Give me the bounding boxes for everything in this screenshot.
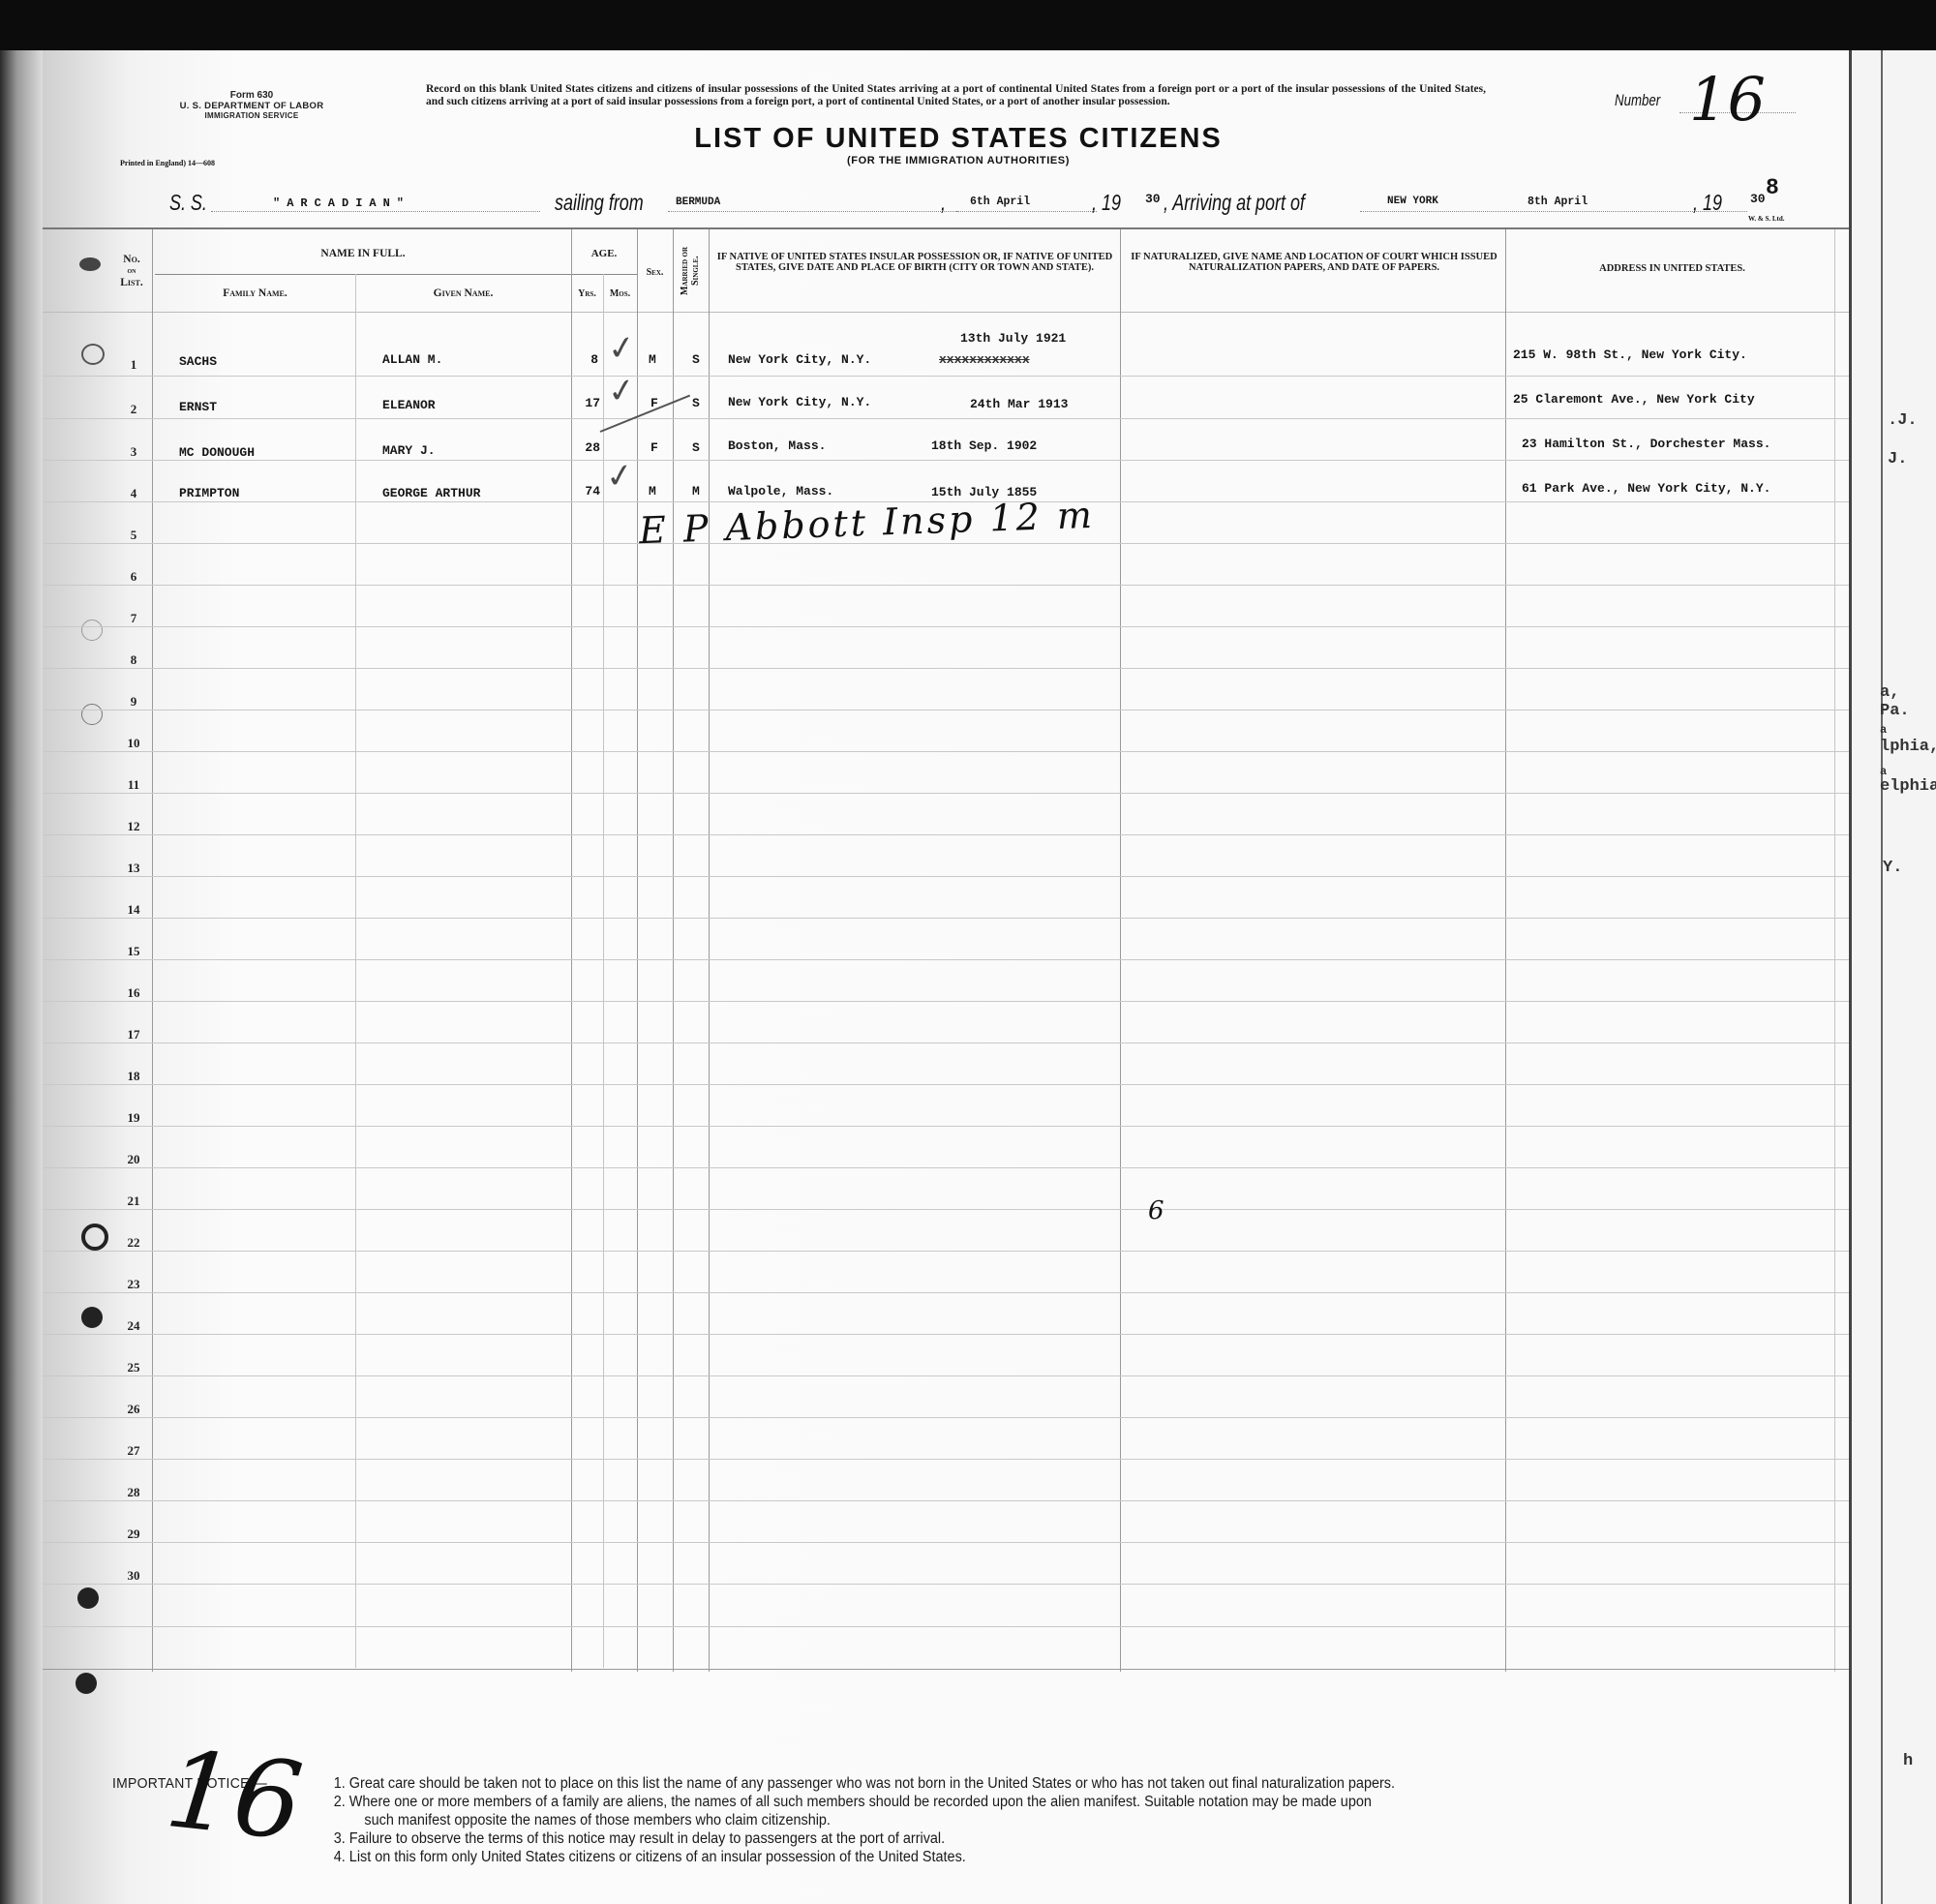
row-number: 17	[114, 1027, 153, 1043]
header-name-in-full: NAME IN FULL.	[155, 249, 571, 259]
header-given-name: Given Name.	[355, 288, 571, 299]
row-number: 19	[114, 1110, 153, 1126]
row-number: 25	[114, 1360, 153, 1375]
departure-date: 6th April	[970, 196, 1030, 208]
checkmark-icon: ✓	[605, 370, 638, 412]
row-number: 7	[114, 611, 153, 626]
header-family-name: Family Name.	[155, 288, 355, 299]
row-number: 29	[114, 1526, 153, 1542]
row-number: 14	[114, 902, 153, 918]
row-rule	[43, 1043, 1849, 1043]
birth-place: New York City, N.Y.	[728, 352, 871, 367]
row-rule	[43, 876, 1849, 877]
notice-item: 4. List on this form only United States …	[334, 1848, 966, 1866]
row-number: 5	[114, 528, 153, 543]
row-number: 13	[114, 861, 153, 876]
row-number: 15	[114, 944, 153, 959]
column-divider	[1505, 229, 1506, 1672]
row-rule	[43, 1334, 1849, 1335]
column-divider	[673, 229, 674, 1672]
punch-hole	[81, 1224, 108, 1251]
header-married-single: Married or Single.	[680, 234, 703, 308]
name-subheader-rule	[155, 274, 571, 275]
row-number: 4	[114, 486, 153, 501]
family-name: SACHS	[179, 354, 217, 369]
row-rule	[43, 1542, 1849, 1543]
row-rule	[43, 918, 1849, 919]
row-rule	[43, 1292, 1849, 1293]
column-divider	[637, 229, 638, 1672]
birth-place: New York City, N.Y.	[728, 395, 871, 409]
list-number: 16	[1689, 64, 1766, 135]
punch-hole	[81, 620, 103, 641]
notice-item: 3. Failure to observe the terms of this …	[334, 1829, 945, 1848]
row-number: 22	[114, 1235, 153, 1251]
notice-item: 2. Where one or more members of a family…	[334, 1793, 1372, 1811]
form-identification: Form 630 U. S. DEPARTMENT OF LABOR IMMIG…	[126, 90, 378, 120]
adjacent-fragment: a, Pa.	[1880, 683, 1936, 720]
form-number: Form 630	[126, 90, 378, 101]
adjacent-fragment: a	[1880, 723, 1887, 737]
row-number: 18	[114, 1069, 153, 1084]
given-name: GEORGE ARTHUR	[382, 486, 480, 500]
adjacent-fragment: .J.	[1888, 411, 1918, 430]
row-number: 24	[114, 1318, 153, 1334]
page-edge-line	[1849, 50, 1852, 1904]
row-number: 28	[114, 1485, 153, 1500]
sex: M	[649, 484, 656, 499]
arrival-date: 8th April	[1528, 196, 1588, 208]
comma: ,	[941, 190, 946, 216]
birth-date: 18th Sep. 1902	[931, 438, 1037, 453]
marital-status: S	[692, 352, 700, 367]
year-prefix: , 19	[1092, 190, 1121, 216]
scan-top-border	[0, 0, 1936, 50]
age-years: 17	[576, 396, 600, 410]
notice-item: such manifest opposite the names of thos…	[364, 1811, 831, 1829]
column-divider	[709, 229, 710, 1672]
column-divider	[1120, 229, 1121, 1672]
arrival-year: 30	[1750, 192, 1766, 206]
marital-status: M	[692, 484, 700, 499]
row-rule	[43, 418, 1849, 419]
sailing-from-label: sailing from	[555, 190, 644, 216]
family-name: ERNST	[179, 400, 217, 414]
header-mos: Mos.	[603, 288, 637, 299]
row-rule	[43, 543, 1849, 544]
row-rule	[43, 1167, 1849, 1168]
birth-date: 24th Mar 1913	[970, 397, 1068, 411]
adjacent-fragment: h	[1903, 1752, 1913, 1770]
row-rule	[43, 959, 1849, 960]
checkmark-icon: ✓	[605, 327, 638, 370]
row-number: 23	[114, 1277, 153, 1292]
checkmark-icon: ✓	[603, 455, 636, 498]
row-rule	[43, 1626, 1849, 1627]
age-years: 28	[576, 440, 600, 455]
row-rule	[43, 1584, 1849, 1585]
sex: F	[650, 440, 658, 455]
arrival-year-overwrite: 8	[1766, 175, 1779, 200]
adjacent-fragment: elphia	[1880, 777, 1936, 796]
scan-left-edge	[0, 50, 43, 1904]
given-name: ALLAN M.	[382, 352, 442, 367]
arriving-label: , Arriving at port of	[1164, 190, 1305, 216]
birth-date: 13th July 1921	[960, 331, 1066, 346]
row-rule	[43, 668, 1849, 669]
row-rule	[43, 793, 1849, 794]
year-prefix: , 19	[1693, 190, 1722, 216]
adjacent-fragment: lphia,	[1880, 738, 1936, 756]
address: 23 Hamilton St., Dorchester Mass.	[1522, 437, 1770, 451]
row-number: 27	[114, 1443, 153, 1459]
row-rule	[43, 626, 1849, 627]
table-top-border	[43, 227, 1849, 229]
header-bottom-rule	[43, 312, 1849, 313]
form-instructions: Record on this blank United States citiz…	[426, 83, 1486, 108]
row-rule	[43, 1417, 1849, 1418]
marital-status: S	[692, 396, 700, 410]
row-number: 1	[114, 357, 153, 373]
header-yrs: Yrs.	[571, 288, 603, 299]
row-rule	[43, 1500, 1849, 1501]
punch-hole	[76, 1673, 97, 1694]
family-name: MC DONOUGH	[179, 445, 255, 460]
birth-place: Walpole, Mass.	[728, 484, 833, 499]
address: 215 W. 98th St., New York City.	[1513, 348, 1747, 362]
birth-place: Boston, Mass.	[728, 438, 826, 453]
age-subheader-rule	[571, 274, 637, 275]
punch-hole	[81, 1307, 103, 1328]
age-years: 74	[576, 484, 600, 499]
number-label: Number	[1615, 91, 1660, 110]
header-naturalized: IF NATURALIZED, GIVE NAME AND LOCATION O…	[1128, 252, 1500, 273]
printer-mark: W. & S. Ltd.	[1748, 215, 1784, 223]
row-number: 20	[114, 1152, 153, 1167]
page-edge-line	[1881, 50, 1883, 1904]
row-rule	[43, 1251, 1849, 1252]
ship-name: "ARCADIAN"	[273, 196, 410, 210]
table-bottom-rule	[43, 1669, 1849, 1670]
row-rule	[43, 376, 1849, 377]
stray-mark: 6	[1148, 1196, 1165, 1225]
row-number: 10	[114, 736, 153, 751]
address: 61 Park Ave., New York City, N.Y.	[1522, 481, 1770, 496]
adjacent-fragment: J.	[1888, 450, 1907, 468]
adjacent-fragment: Y.	[1883, 859, 1902, 877]
row-rule	[43, 1459, 1849, 1460]
row-number: 30	[114, 1568, 153, 1584]
header-age: AGE.	[571, 249, 637, 259]
page-title: LIST OF UNITED STATES CITIZENS	[620, 123, 1297, 155]
row-number: 11	[114, 777, 153, 793]
row-rule	[43, 1001, 1849, 1002]
notice-item: 1. Great care should be taken not to pla…	[334, 1774, 1395, 1793]
arrival-port: NEW YORK	[1387, 196, 1438, 207]
row-number: 16	[114, 985, 153, 1001]
row-rule	[43, 710, 1849, 710]
header-sex: Sex.	[637, 267, 673, 278]
adjacent-fragment: a	[1880, 765, 1887, 778]
row-rule	[43, 834, 1849, 835]
row-number: 6	[114, 569, 153, 585]
row-number: 26	[114, 1402, 153, 1417]
binder-clip-mark	[79, 257, 101, 271]
header-address: ADDRESS IN UNITED STATES.	[1510, 263, 1834, 274]
handwritten-page-number: 16	[162, 1736, 308, 1856]
service-name: IMMIGRATION SERVICE	[126, 111, 378, 120]
row-rule	[43, 460, 1849, 461]
column-divider	[571, 229, 572, 1672]
departure-port: BERMUDA	[676, 196, 720, 208]
row-rule	[43, 1126, 1849, 1127]
row-rule	[43, 1209, 1849, 1210]
row-rule	[43, 585, 1849, 586]
printed-note: Printed in England) 14—608	[120, 159, 215, 167]
row-number: 21	[114, 1194, 153, 1209]
page-subtitle: (FOR THE IMMIGRATION AUTHORITIES)	[716, 155, 1200, 166]
header-no-on-list: No. on List.	[110, 254, 153, 288]
given-name: ELEANOR	[382, 398, 436, 412]
ss-label: S. S.	[169, 190, 207, 216]
departure-year: 30	[1145, 192, 1161, 206]
row-number: 8	[114, 652, 153, 668]
punch-hole	[77, 1587, 99, 1609]
row-rule	[43, 1084, 1849, 1085]
age-years: 8	[579, 352, 598, 367]
department-name: U. S. DEPARTMENT OF LABOR	[126, 101, 378, 111]
punch-hole	[81, 344, 105, 365]
adjacent-page-strip	[1853, 50, 1936, 1904]
family-name: PRIMPTON	[179, 486, 239, 500]
punch-hole	[81, 704, 103, 725]
address: 25 Claremont Ave., New York City	[1513, 392, 1755, 407]
row-rule	[43, 751, 1849, 752]
row-number: 9	[114, 694, 153, 710]
struck-out-text: xxxxxxxxxxxx	[939, 352, 1030, 367]
row-number: 2	[114, 402, 153, 417]
given-name: MARY J.	[382, 443, 436, 458]
row-number: 3	[114, 444, 153, 460]
header-birth: IF NATIVE OF UNITED STATES INSULAR POSSE…	[716, 252, 1113, 273]
row-rule	[43, 1375, 1849, 1376]
sex: M	[649, 352, 656, 367]
row-number: 12	[114, 819, 153, 834]
column-divider	[1834, 229, 1835, 1672]
marital-status: S	[692, 440, 700, 455]
